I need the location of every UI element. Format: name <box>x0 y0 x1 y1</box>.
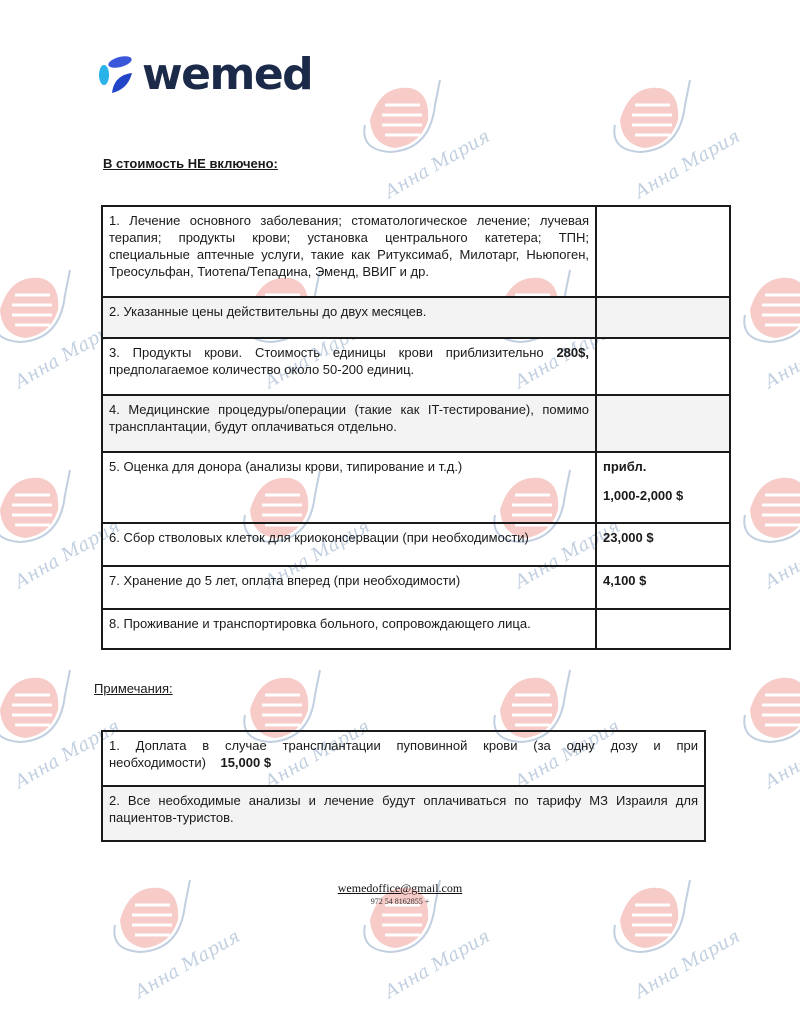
row-price <box>596 609 730 649</box>
svg-text:Анна Мария: Анна Мария <box>759 316 800 390</box>
phone-number: 972 54 8162855 + <box>0 897 800 906</box>
row-price <box>596 395 730 452</box>
table-row: 4. Медицинские процедуры/операции (такие… <box>102 395 730 452</box>
table-row: 3. Продукты крови. Стоимость единицы кро… <box>102 338 730 395</box>
note-row: 1. Доплата в случае трансплантации пупов… <box>102 731 705 786</box>
svg-text:Анна Мария: Анна Мария <box>379 126 490 200</box>
row-description: 5. Оценка для донора (анализы крови, тип… <box>102 452 596 523</box>
row-price: прибл.1,000-2,000 $ <box>596 452 730 523</box>
section-title: В стоимость НЕ включено: <box>103 156 278 171</box>
watermark-logo-icon: Анна Мария <box>340 60 490 200</box>
notes-table: 1. Доплата в случае трансплантации пупов… <box>101 730 706 842</box>
row-description: 4. Медицинские процедуры/операции (такие… <box>102 395 596 452</box>
note-text: 1. Доплата в случае трансплантации пупов… <box>102 731 705 786</box>
watermark-logo-icon: Анна Мария <box>590 60 740 200</box>
row-price <box>596 338 730 395</box>
table-row: 6. Сбор стволовых клеток для криоконсерв… <box>102 523 730 566</box>
watermark-logo-icon: Анна Мария <box>720 650 800 790</box>
row-description: 2. Указанные цены действительны до двух … <box>102 297 596 338</box>
row-price: 4,100 $ <box>596 566 730 609</box>
email-link[interactable]: wemedoffice@gmail.com <box>0 881 800 896</box>
row-description: 7. Хранение до 5 лет, оплата вперед (при… <box>102 566 596 609</box>
table-row: 5. Оценка для донора (анализы крови, тип… <box>102 452 730 523</box>
row-description: 1. Лечение основного заболевания; стомат… <box>102 206 596 297</box>
svg-text:Анна Мария: Анна Мария <box>629 926 740 1000</box>
row-description: 8. Проживание и транспортировка больного… <box>102 609 596 649</box>
row-price: 23,000 $ <box>596 523 730 566</box>
wemed-logo-text: wemed <box>142 53 312 97</box>
svg-text:Анна Мария: Анна Мария <box>129 926 240 1000</box>
footer: wemedoffice@gmail.com 972 54 8162855 + <box>0 881 800 906</box>
table-row: 7. Хранение до 5 лет, оплата вперед (при… <box>102 566 730 609</box>
table-row: 1. Лечение основного заболевания; стомат… <box>102 206 730 297</box>
svg-text:Анна Мария: Анна Мария <box>759 516 800 590</box>
svg-text:Анна Мария: Анна Мария <box>629 126 740 200</box>
note-row: 2. Все необходимые анализы и лечение буд… <box>102 786 705 841</box>
table-row: 2. Указанные цены действительны до двух … <box>102 297 730 338</box>
row-price <box>596 297 730 338</box>
row-description: 3. Продукты крови. Стоимость единицы кро… <box>102 338 596 395</box>
watermark-logo-icon: Анна Мария <box>720 250 800 390</box>
note-text: 2. Все необходимые анализы и лечение буд… <box>102 786 705 841</box>
blood-unit-price: 280$, <box>556 345 589 360</box>
watermark-logo-icon: Анна Мария <box>720 450 800 590</box>
excluded-costs-table: 1. Лечение основного заболевания; стомат… <box>101 205 731 650</box>
cord-blood-price: 15,000 $ <box>220 755 271 770</box>
svg-text:Анна Мария: Анна Мария <box>379 926 490 1000</box>
row-description: 6. Сбор стволовых клеток для криоконсерв… <box>102 523 596 566</box>
svg-text:Анна Мария: Анна Мария <box>759 716 800 790</box>
wemed-logo-icon <box>96 53 138 97</box>
table-row: 8. Проживание и транспортировка больного… <box>102 609 730 649</box>
wemed-logo: wemed <box>96 50 312 100</box>
notes-title: Примечания: <box>94 681 173 696</box>
row-price <box>596 206 730 297</box>
